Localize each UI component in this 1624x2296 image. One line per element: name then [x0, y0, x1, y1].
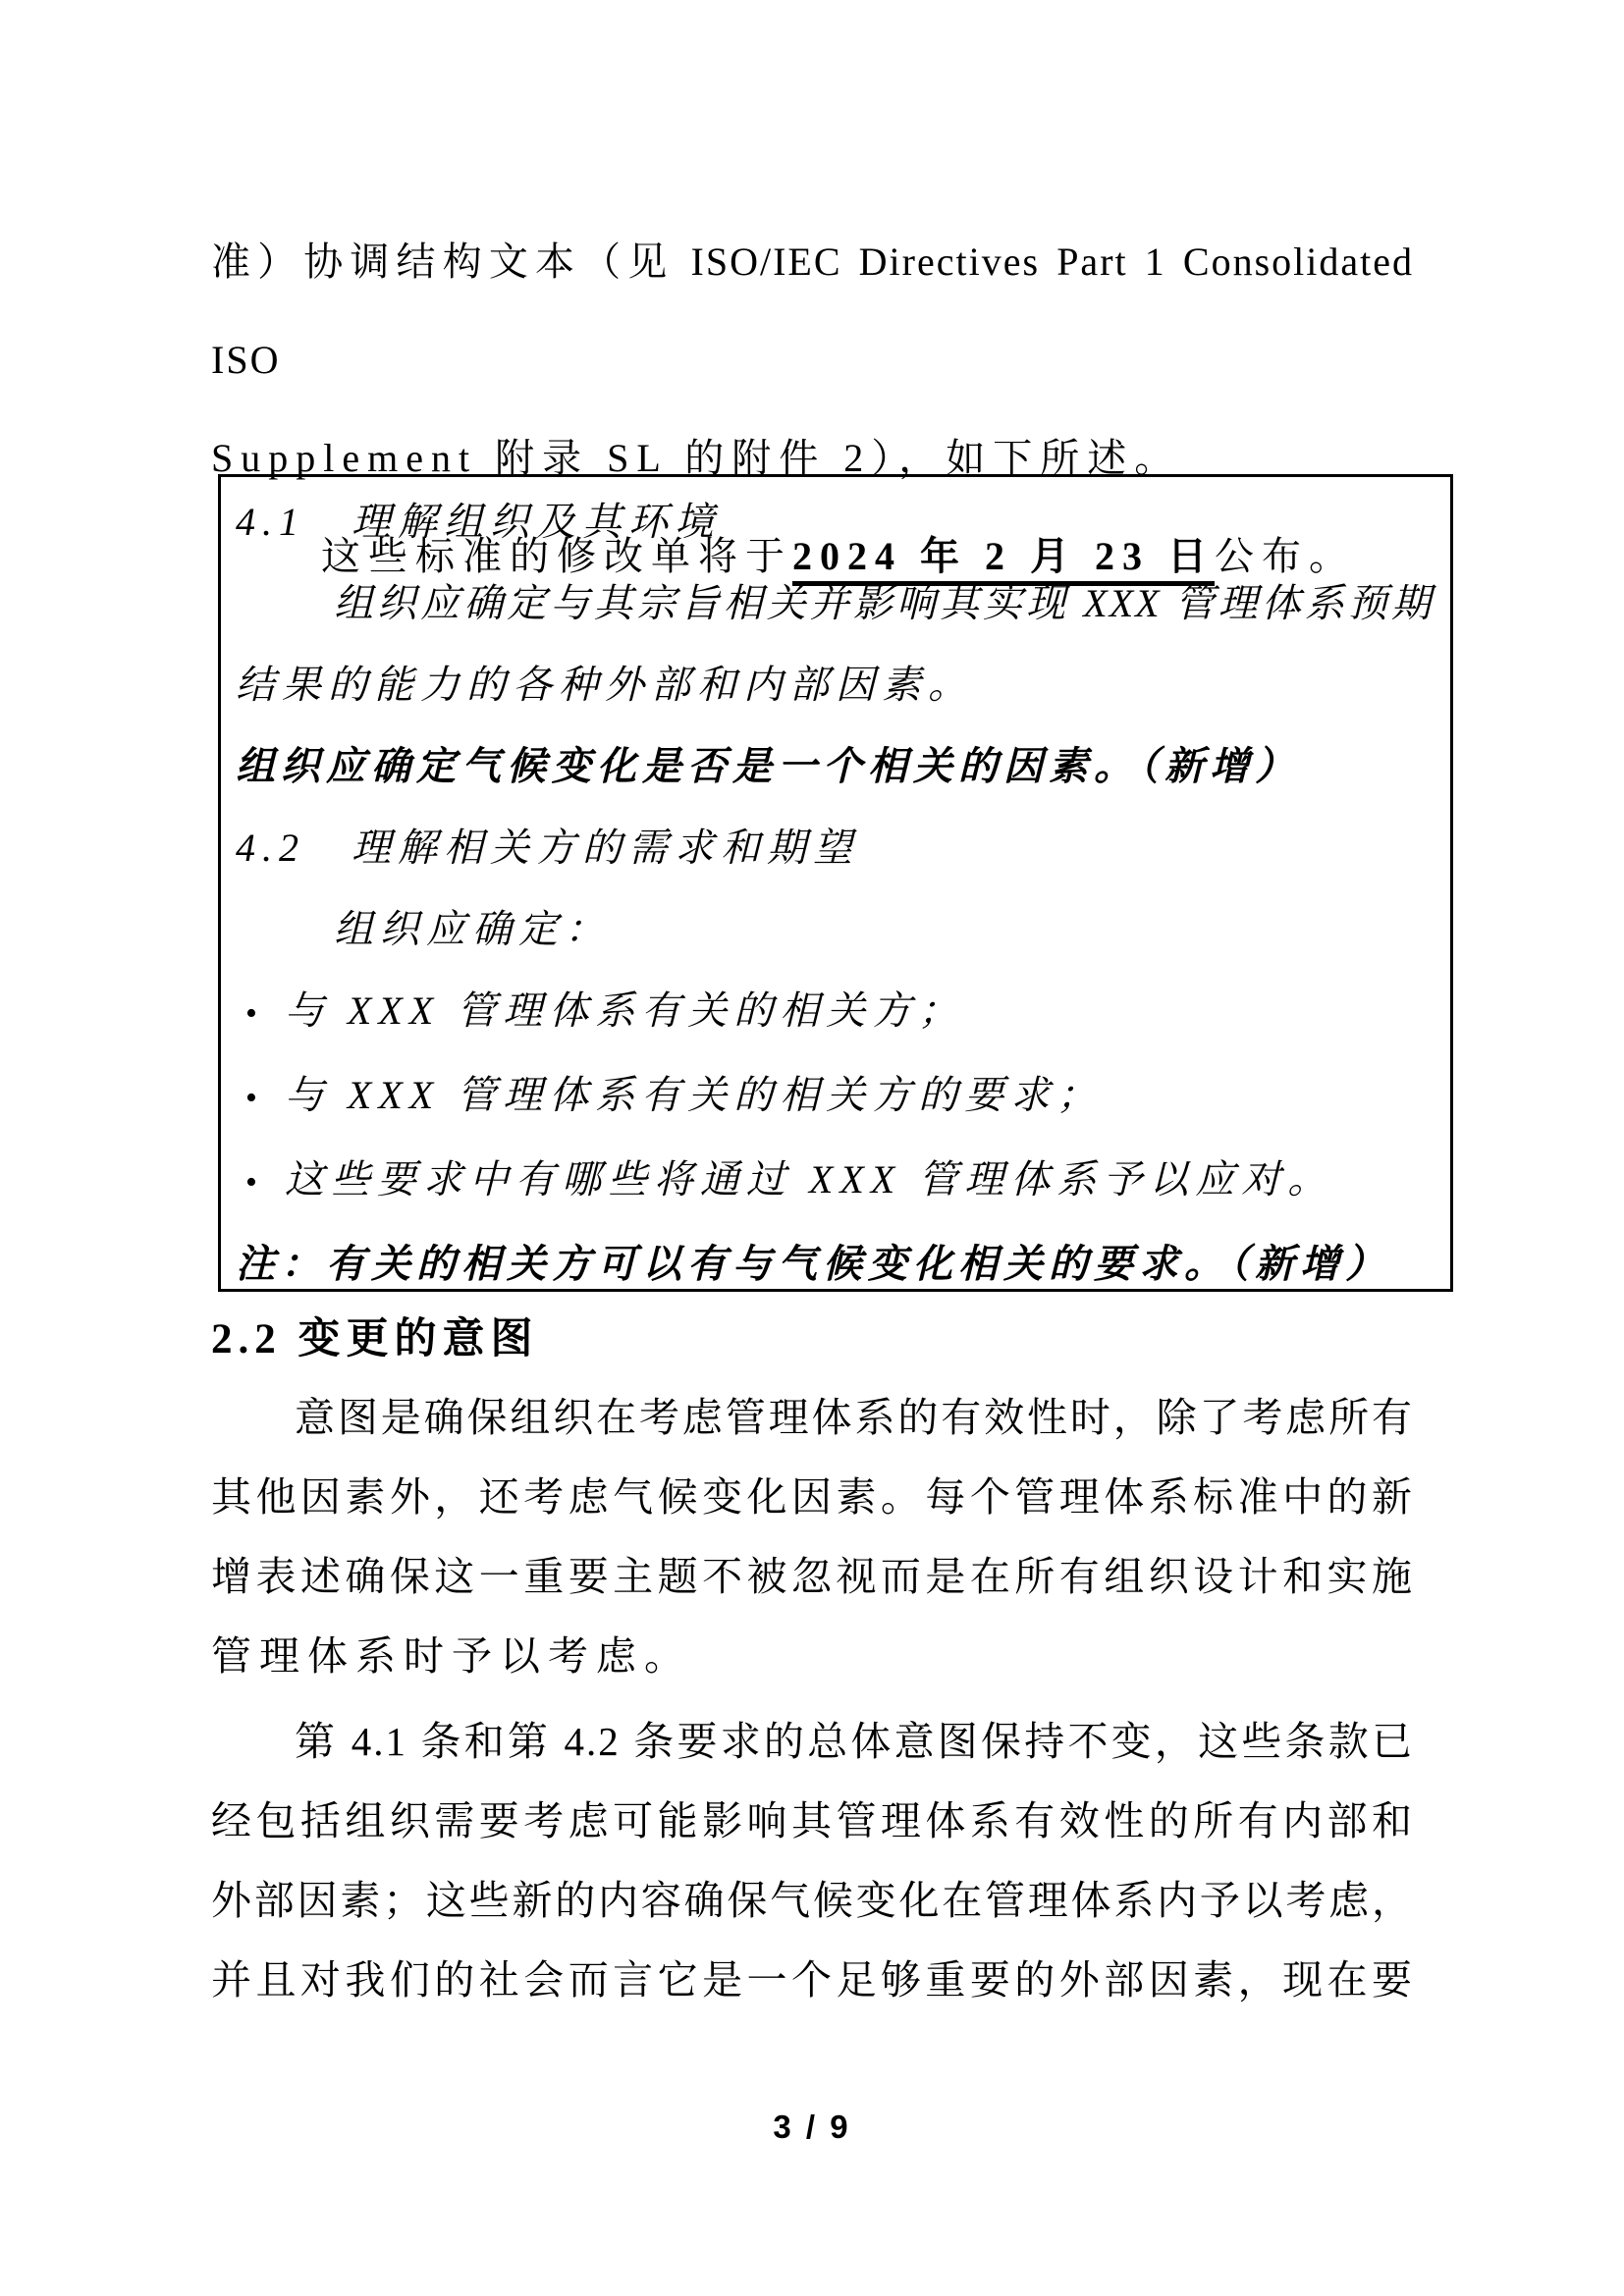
- bullet-text-2: 与 XXX 管理体系有关的相关方的要求；: [285, 1054, 1103, 1136]
- paragraph-line: 第 4.1 条和第 4.2 条要求的总体意图保持不变，这些条款已: [211, 1702, 1414, 1782]
- intent-paragraph-2: 第 4.1 条和第 4.2 条要求的总体意图保持不变，这些条款已 经包括组织需要…: [211, 1702, 1414, 2020]
- clause-4-1-heading: 4.1 理解组织及其环境: [236, 481, 1433, 562]
- paragraph-line: 经包括组织需要考虑可能影响其管理体系有效性的所有内部和: [211, 1782, 1414, 1861]
- paragraph-line: 增表述确保这一重要主题不被忽视而是在所有组织设计和实施: [211, 1537, 1414, 1617]
- bullet-item: • 与 XXX 管理体系有关的相关方；: [236, 970, 1433, 1054]
- paragraph-line: 外部因素；这些新的内容确保气候变化在管理体系内予以考虑，: [211, 1861, 1414, 1941]
- bullet-icon: •: [245, 973, 257, 1054]
- document-page: 准）协调结构文本（见 ISO/IEC Directives Part 1 Con…: [0, 0, 1624, 2296]
- paragraph-line: 意图是确保组织在考虑管理体系的有效性时，除了考虑所有: [211, 1378, 1414, 1458]
- page-number: 3 / 9: [0, 2109, 1624, 2146]
- clause-4-2-heading: 4.2 理解相关方的需求和期望: [236, 807, 1433, 888]
- paragraph-line: 其他因素外，还考虑气候变化因素。每个管理体系标准中的新: [211, 1458, 1414, 1537]
- clause-4-1-new-addition: 组织应确定气候变化是否是一个相关的因素。（新增）: [236, 725, 1433, 807]
- bullet-icon: •: [245, 1057, 257, 1139]
- bullet-item: • 与 XXX 管理体系有关的相关方的要求；: [236, 1054, 1433, 1139]
- clause-4-1-body-line-1: 组织应确定与其宗旨相关并影响其实现 XXX 管理体系预期: [236, 562, 1433, 644]
- paragraph-line: 管理体系时予以考虑。: [211, 1617, 1414, 1696]
- bullet-text-3: 这些要求中有哪些将通过 XXX 管理体系予以应对。: [285, 1139, 1333, 1220]
- intro-line-1: 准）协调结构文本（见 ISO/IEC Directives Part 1 Con…: [211, 213, 1414, 409]
- standard-excerpt-box: 4.1 理解组织及其环境 组织应确定与其宗旨相关并影响其实现 XXX 管理体系预…: [218, 474, 1453, 1292]
- bullet-item: • 这些要求中有哪些将通过 XXX 管理体系予以应对。: [236, 1139, 1433, 1223]
- bullet-icon: •: [245, 1142, 257, 1223]
- note-new-addition: 注：有关的相关方可以有与气候变化相关的要求。（新增）: [236, 1223, 1433, 1305]
- intent-paragraph-1: 意图是确保组织在考虑管理体系的有效性时，除了考虑所有 其他因素外，还考虑气候变化…: [211, 1378, 1414, 1696]
- clause-4-2-lead: 组织应确定：: [236, 888, 1433, 970]
- bullet-text-1: 与 XXX 管理体系有关的相关方；: [285, 970, 964, 1051]
- section-2-2-heading: 2.2 变更的意图: [211, 1306, 539, 1365]
- paragraph-line: 并且对我们的社会而言它是一个足够重要的外部因素，现在要: [211, 1941, 1414, 2020]
- clause-4-1-body-line-2: 结果的能力的各种外部和内部因素。: [236, 644, 1433, 725]
